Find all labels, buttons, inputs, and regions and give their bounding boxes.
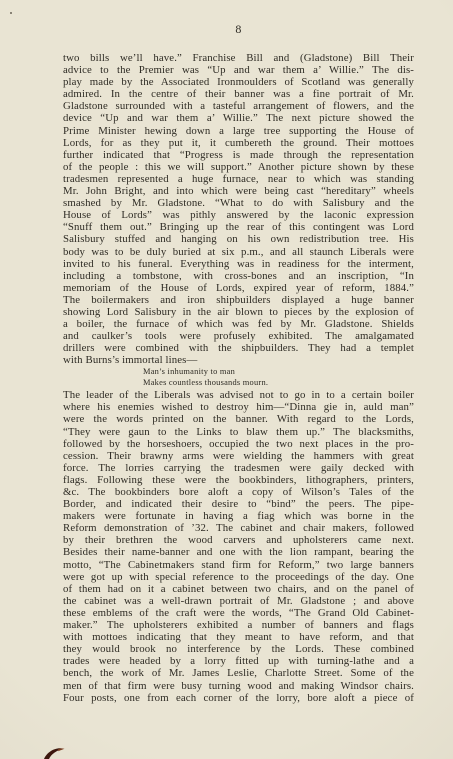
text-line: invited to his funeral. Everything was i… xyxy=(63,258,414,270)
text-line: advice to the Premier was “Up and war th… xyxy=(63,64,414,76)
text-line: body was to be duly buried at six p.m., … xyxy=(63,246,414,258)
text-line: bench, the work of Mr. James Leslie, Cha… xyxy=(63,667,414,679)
text-line: men of that firm were busy turning wood … xyxy=(63,680,414,692)
verse-line: Makes countless thousands mourn. xyxy=(143,378,414,388)
text-line: cession. Their brawny arms were wielding… xyxy=(63,450,414,462)
text-line: these emblems of the craft were the word… xyxy=(63,607,414,619)
text-line: Prime Minister hewing down a large tree … xyxy=(63,125,414,137)
text-line: memoriam of the House of Lords, expired … xyxy=(63,282,414,294)
text-line: device “Up and war them a’ Willie.” The … xyxy=(63,112,414,124)
ink-blot xyxy=(42,745,72,759)
text-line: were got up with special reference to th… xyxy=(63,571,414,583)
text-line: a boiler, the furnace of which was fed b… xyxy=(63,318,414,330)
text-line: the cabinet was a well-drawn portrait of… xyxy=(63,595,414,607)
text-line: trades were headed by a lorry fitted up … xyxy=(63,655,414,667)
body-text: two bills we’ll have.” Franchise Bill an… xyxy=(63,52,414,704)
text-line: with mottoes indicating that they meant … xyxy=(63,631,414,643)
text-line: where his enemies wished to destroy him—… xyxy=(63,401,414,413)
verse-quote: Man’s inhumanity to man Makes countless … xyxy=(143,367,414,388)
text-line: force. The lorries carrying the tradesme… xyxy=(63,462,414,474)
text-line: Border, and indicated their desire to “b… xyxy=(63,498,414,510)
text-line: House of Lords” was pithly answered by t… xyxy=(63,209,414,221)
text-line: of the people : this we will support.” A… xyxy=(63,161,414,173)
text-line: Lords, for as they put it, it cumbereth … xyxy=(63,137,414,149)
text-line: “They were gaun to the Links to blaw the… xyxy=(63,426,414,438)
text-line: Mr. John Bright, and into which were bei… xyxy=(63,185,414,197)
text-line: flags. Following these were the bookbind… xyxy=(63,474,414,486)
scanned-page: 8 two bills we’ll have.” Franchise Bill … xyxy=(0,0,453,759)
text-line: followed by the horseshoers, occupied th… xyxy=(63,438,414,450)
text-line: Four posts, one from each corner of the … xyxy=(63,692,414,704)
text-line: by their brethren the wood carvers and u… xyxy=(63,534,414,546)
text-line: “Snuff them out.” Bringing up the rear o… xyxy=(63,221,414,233)
verse-line: Man’s inhumanity to man xyxy=(143,367,414,377)
text-line: showing Lord Salisbury in the air blown … xyxy=(63,306,414,318)
text-line: maker.” The upholsterers exhibited a num… xyxy=(63,619,414,631)
text-line: smashed by Mr. Gladstone. “What to do wi… xyxy=(63,197,414,209)
text-line: were the words printed on the banner. Wi… xyxy=(63,413,414,425)
text-line: drillers were combined with the shipbuil… xyxy=(63,342,414,354)
text-line: of them had on it a cabinet between two … xyxy=(63,583,414,595)
page-number: 8 xyxy=(63,22,414,37)
dust-speck xyxy=(10,12,12,14)
text-line: The leader of the Liberals was advised n… xyxy=(63,389,414,401)
text-line: makers were fortunate in having a fiag w… xyxy=(63,510,414,522)
text-line: two bills we’ll have.” Franchise Bill an… xyxy=(63,52,414,64)
text-line: and caulker’s tools were profusely exhib… xyxy=(63,330,414,342)
text-line: tradesmen represented a huge furnace, ne… xyxy=(63,173,414,185)
text-line: with Burns’s immortal lines— xyxy=(63,354,414,366)
text-line: Reform demonstration of ’32. The cabinet… xyxy=(63,522,414,534)
text-line: they would brook no interference by the … xyxy=(63,643,414,655)
text-line: admired. In the centre of their banner w… xyxy=(63,88,414,100)
text-line: Salisbury stuffed and hanging on his own… xyxy=(63,233,414,245)
text-line: The boilermakers and iron shipbuilders d… xyxy=(63,294,414,306)
text-line: play made by the Associated Ironmoulders… xyxy=(63,76,414,88)
text-line: Besides their name-banner and one with t… xyxy=(63,546,414,558)
text-line: further indicated that “Progress is made… xyxy=(63,149,414,161)
text-line: including a tombstone, with cross-bones … xyxy=(63,270,414,282)
text-line: Gladstone surrounded with a tasteful arr… xyxy=(63,100,414,112)
text-line: motto, “The Cabinetmakers stand firm for… xyxy=(63,559,414,571)
text-line: &c. The bookbinders bore aloft a copy of… xyxy=(63,486,414,498)
